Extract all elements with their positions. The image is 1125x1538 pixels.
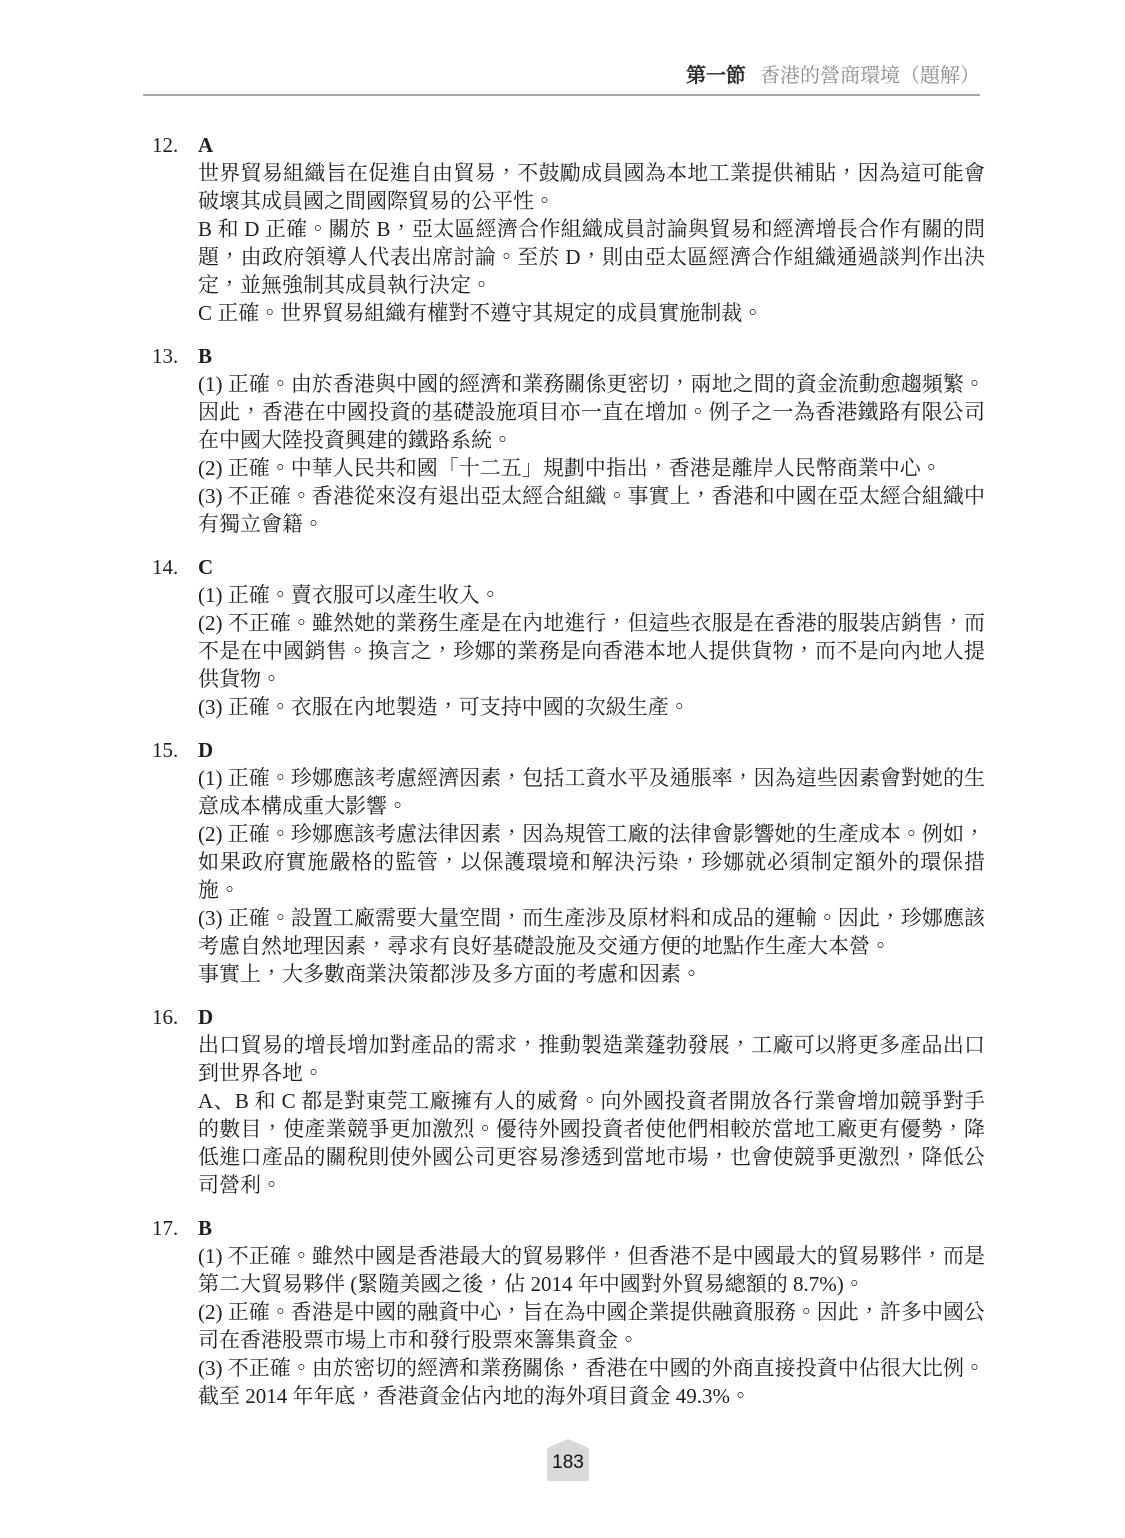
- explanation-paragraph: 出口貿易的增長增加對產品的需求，推動製造業蓬勃發展，工廠可以將更多產品出口到世界…: [198, 1031, 985, 1087]
- explanation-paragraph: (1) 正確。珍娜應該考慮經濟因素，包括工資水平及通脹率，因為這些因素會對她的生…: [198, 764, 985, 820]
- answer-body: B (1) 不正確。雖然中國是香港最大的貿易夥伴，但香港不是中國最大的貿易夥伴，…: [198, 1214, 985, 1410]
- answer-body: A 世界貿易組織旨在促進自由貿易，不鼓勵成員國為本地工業提供補貼，因為這可能會破…: [198, 131, 985, 327]
- explanation-paragraph: (2) 正確。珍娜應該考慮法律因素，因為規管工廠的法律會影響她的生產成本。例如，…: [198, 820, 985, 904]
- explanation-paragraph: (3) 正確。衣服在內地製造，可支持中國的次級生產。: [198, 693, 985, 721]
- answer-letter: B: [198, 342, 985, 370]
- page-number: 183: [552, 1452, 584, 1474]
- explanation-paragraph: (1) 正確。賣衣服可以產生收入。: [198, 581, 985, 609]
- answer-item-15: 15. D (1) 正確。珍娜應該考慮經濟因素，包括工資水平及通脹率，因為這些因…: [152, 736, 985, 988]
- running-header: 第一節香港的營商環境（題解）: [143, 62, 980, 90]
- answer-letter: D: [198, 736, 985, 764]
- answer-letter: D: [198, 1003, 985, 1031]
- answers-content: 12. A 世界貿易組織旨在促進自由貿易，不鼓勵成員國為本地工業提供補貼，因為這…: [152, 131, 985, 1425]
- explanation-paragraph: B 和 D 正確。關於 B，亞太區經濟合作組織成員討論與貿易和經濟增長合作有關的…: [198, 215, 985, 299]
- answer-item-13: 13. B (1) 正確。由於香港與中國的經濟和業務關係更密切，兩地之間的資金流…: [152, 342, 985, 538]
- explanation-paragraph: (3) 正確。設置工廠需要大量空間，而生產涉及原材料和成品的運輸。因此，珍娜應該…: [198, 904, 985, 960]
- answer-letter: A: [198, 131, 985, 159]
- textbook-answer-page: { "header": { "section_label": "第一節", "s…: [0, 0, 1125, 1538]
- answer-item-17: 17. B (1) 不正確。雖然中國是香港最大的貿易夥伴，但香港不是中國最大的貿…: [152, 1214, 985, 1410]
- answer-body: D 出口貿易的增長增加對產品的需求，推動製造業蓬勃發展，工廠可以將更多產品出口到…: [198, 1003, 985, 1199]
- explanation-paragraph: C 正確。世界貿易組織有權對不遵守其規定的成員實施制裁。: [198, 299, 985, 327]
- answer-body: D (1) 正確。珍娜應該考慮經濟因素，包括工資水平及通脹率，因為這些因素會對她…: [198, 736, 985, 988]
- answer-body: C (1) 正確。賣衣服可以產生收入。 (2) 不正確。雖然她的業務生產是在內地…: [198, 553, 985, 721]
- answer-letter: B: [198, 1214, 985, 1242]
- question-number: 17.: [152, 1214, 198, 1410]
- question-number: 16.: [152, 1003, 198, 1199]
- section-label: 第一節: [686, 65, 746, 87]
- explanation-paragraph: 事實上，大多數商業決策都涉及多方面的考慮和因素。: [198, 960, 985, 988]
- answer-item-14: 14. C (1) 正確。賣衣服可以產生收入。 (2) 不正確。雖然她的業務生產…: [152, 553, 985, 721]
- explanation-paragraph: (2) 正確。香港是中國的融資中心，旨在為中國企業提供融資服務。因此，許多中國公…: [198, 1298, 985, 1354]
- explanation-paragraph: (2) 正確。中華人民共和國「十二五」規劃中指出，香港是離岸人民幣商業中心。: [198, 454, 985, 482]
- answer-letter: C: [198, 553, 985, 581]
- page-number-badge: 183: [547, 1439, 589, 1481]
- question-number: 15.: [152, 736, 198, 988]
- header-rule-divider: [143, 94, 980, 96]
- explanation-paragraph: (3) 不正確。香港從來沒有退出亞太經合組織。事實上，香港和中國在亞太經合組織中…: [198, 482, 985, 538]
- question-number: 13.: [152, 342, 198, 538]
- answer-item-16: 16. D 出口貿易的增長增加對產品的需求，推動製造業蓬勃發展，工廠可以將更多產…: [152, 1003, 985, 1199]
- explanation-paragraph: (2) 不正確。雖然她的業務生產是在內地進行，但這些衣服是在香港的服裝店銷售，而…: [198, 609, 985, 693]
- section-title: 香港的營商環境（題解）: [760, 65, 980, 87]
- question-number: 12.: [152, 131, 198, 327]
- question-number: 14.: [152, 553, 198, 721]
- answer-body: B (1) 正確。由於香港與中國的經濟和業務關係更密切，兩地之間的資金流動愈趨頻…: [198, 342, 985, 538]
- explanation-paragraph: A、B 和 C 都是對東莞工廠擁有人的威脅。向外國投資者開放各行業會增加競爭對手…: [198, 1087, 985, 1199]
- explanation-paragraph: 世界貿易組織旨在促進自由貿易，不鼓勵成員國為本地工業提供補貼，因為這可能會破壞其…: [198, 159, 985, 215]
- explanation-paragraph: (3) 不正確。由於密切的經濟和業務關係，香港在中國的外商直接投資中佔很大比例。…: [198, 1354, 985, 1410]
- answer-item-12: 12. A 世界貿易組織旨在促進自由貿易，不鼓勵成員國為本地工業提供補貼，因為這…: [152, 131, 985, 327]
- explanation-paragraph: (1) 不正確。雖然中國是香港最大的貿易夥伴，但香港不是中國最大的貿易夥伴，而是…: [198, 1242, 985, 1298]
- explanation-paragraph: (1) 正確。由於香港與中國的經濟和業務關係更密切，兩地之間的資金流動愈趨頻繁。…: [198, 370, 985, 454]
